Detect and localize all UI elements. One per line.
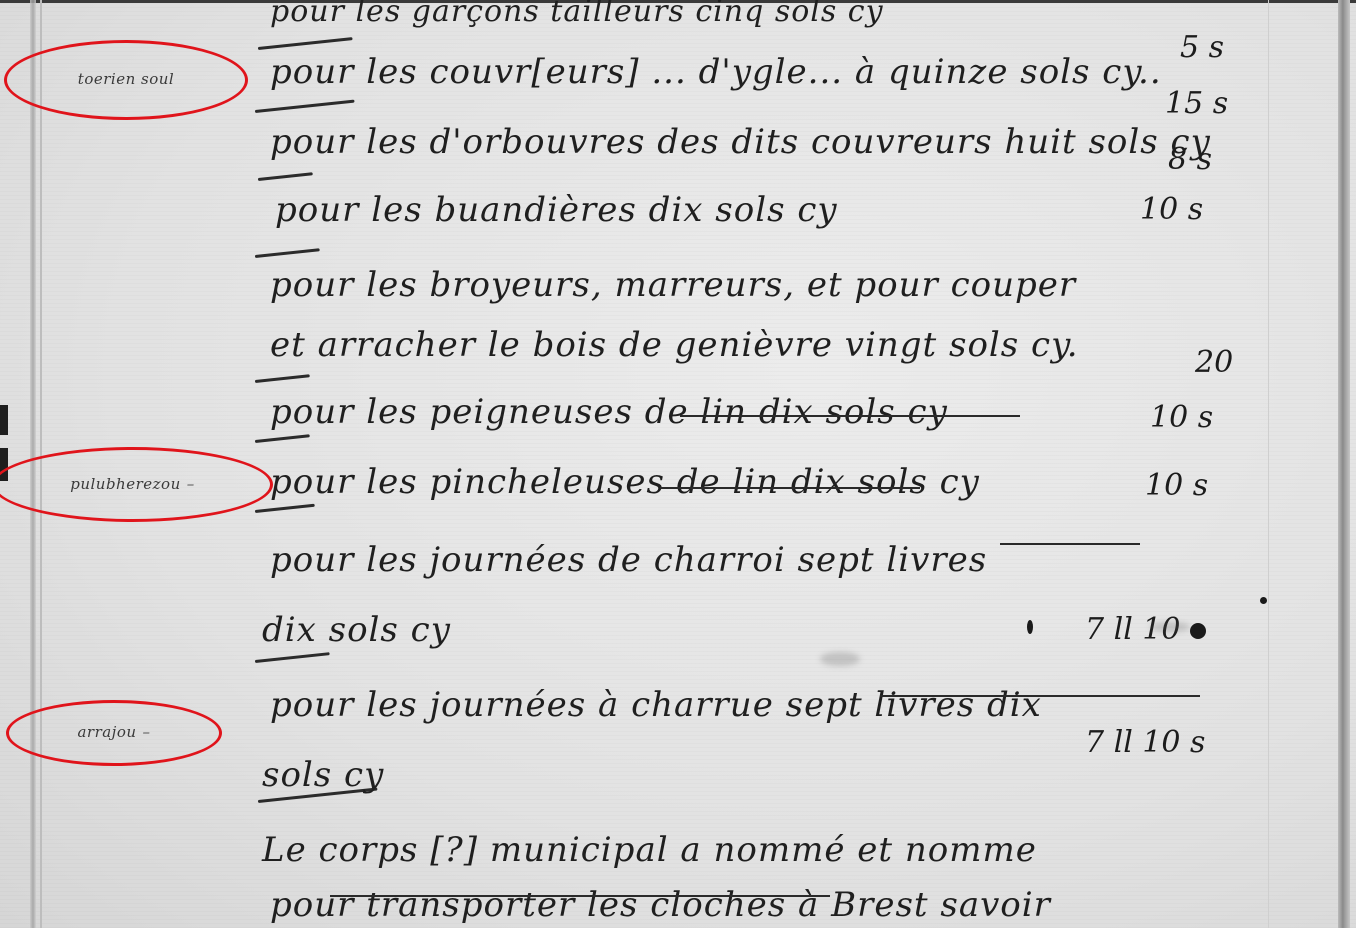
entry-marker <box>255 434 310 443</box>
amount-value: 10 s <box>1145 468 1208 503</box>
margin-annotation-1: toerien soul <box>4 40 248 120</box>
page-right-edge <box>1338 0 1350 928</box>
annotation-text: arrajou– <box>9 723 219 741</box>
margin-annotation-2: pulubherezou– <box>0 447 273 522</box>
entry-marker <box>255 504 315 513</box>
strikethrough <box>680 415 1020 417</box>
entry-line: pour les buandières dix sols cy <box>275 190 838 230</box>
annotation-text: toerien soul <box>7 70 245 88</box>
entry-line: et arracher le bois de genièvre vingt so… <box>270 325 1079 365</box>
amount-value: 10 s <box>1150 400 1213 435</box>
amount-value: 10 s <box>1140 192 1203 227</box>
amount-value: 8 s <box>1168 142 1212 177</box>
amount-value: 7 ll 10 s <box>1085 725 1205 760</box>
amount-value: 5 s <box>1180 30 1224 65</box>
ink-blot <box>1027 620 1033 634</box>
entry-line: pour les journées de charroi sept livres <box>270 540 987 580</box>
smudge <box>1150 622 1190 632</box>
amount-value: 20 <box>1195 345 1233 380</box>
entry-line: pour les pincheleuses de lin dix sols cy <box>270 462 980 502</box>
strikethrough <box>880 695 1200 697</box>
ink-blot <box>1260 597 1267 604</box>
entry-line: sols cy <box>262 755 384 795</box>
entry-marker <box>255 100 355 113</box>
ink-blot <box>1190 623 1206 639</box>
entry-marker <box>255 248 320 258</box>
smudge <box>820 652 860 666</box>
entry-marker <box>258 37 353 50</box>
strikethrough <box>330 895 830 897</box>
amount-value: 15 s <box>1165 86 1228 121</box>
right-margin-line <box>1268 0 1269 928</box>
entry-marker <box>258 172 313 181</box>
entry-line: pour les broyeurs, marreurs, et pour cou… <box>270 265 1076 305</box>
strikethrough <box>660 487 920 489</box>
strikethrough <box>1000 543 1140 545</box>
manuscript-page: toerien soul pulubherezou– arrajou– pour… <box>0 0 1356 928</box>
entry-line: Le corps [?] municipal a nommé et nomme <box>262 830 1037 870</box>
entry-line: dix sols cy <box>262 610 451 650</box>
annotation-text: pulubherezou– <box>0 475 270 493</box>
entry-line: pour transporter les cloches à Brest sav… <box>270 885 1051 925</box>
entry-marker <box>255 652 330 663</box>
entry-line: pour les garçons tailleurs cinq sols cy <box>270 0 884 29</box>
entry-line: pour les couvr[eurs] ... d'ygle... à qui… <box>270 52 1162 92</box>
entry-line: pour les journées à charrue sept livres … <box>270 685 1042 725</box>
entry-line: pour les d'orbouvres des dits couvreurs … <box>270 122 1211 162</box>
margin-annotation-3: arrajou– <box>6 700 222 766</box>
entry-line: pour les peigneuses de lin dix sols cy <box>270 392 948 432</box>
entry-marker <box>255 374 310 383</box>
